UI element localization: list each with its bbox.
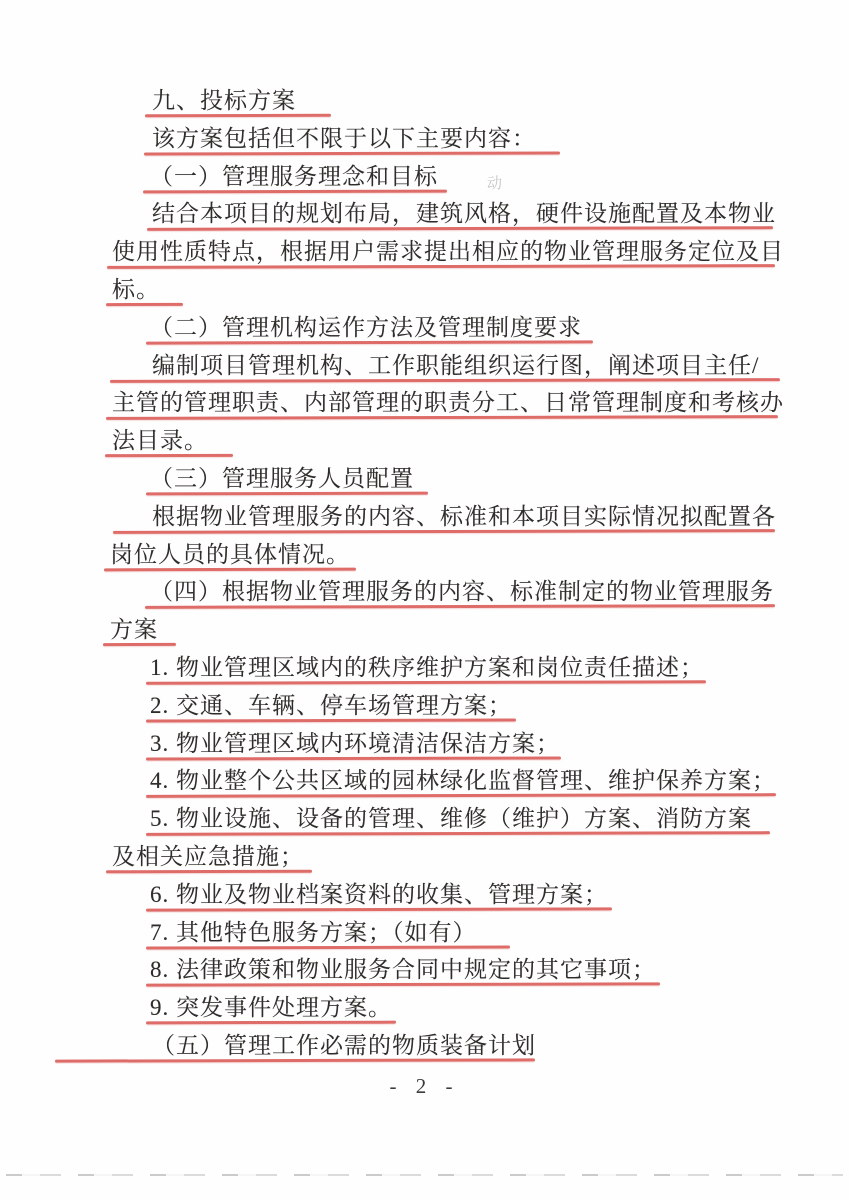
line-text: 3. 物业管理区域内环境清洁保洁方案； [150,727,560,761]
faint-stamp-mark: 动 [487,172,502,193]
document-body: 九、投标方案该方案包括但不限于以下主要内容：（一）管理服务理念和目标结合本项目的… [0,84,849,1067]
document-line: （二）管理机构运作方法及管理制度要求 [0,311,849,349]
page-number: - 2 - [0,1074,849,1099]
line-text: 岗位人员的具体情况。 [110,538,350,572]
document-line: （四）根据物业管理服务的内容、标准制定的物业管理服务 [0,575,849,613]
red-underline [143,189,447,193]
scan-edge-artifact [6,1174,843,1176]
line-text: 2. 交通、车辆、停车场管理方案； [150,689,512,723]
document-page: 九、投标方案该方案包括但不限于以下主要内容：（一）管理服务理念和目标结合本项目的… [0,0,849,1200]
red-underline [106,870,312,874]
red-underline [105,454,233,457]
document-line: 标。 [0,273,849,311]
document-line: 1. 物业管理区域内的秩序维护方案和岗位责任描述； [0,651,849,689]
document-line: 9. 突发事件处理方案。 [0,991,849,1029]
red-underline [145,114,331,117]
document-line: 主管的管理职责、内部管理的职责分工、日常管理制度和考核办 [0,386,849,424]
red-underline [104,567,356,571]
document-line: 方案 [0,613,849,651]
red-underline [106,303,183,306]
document-line: 及相关应急措施； [0,840,849,878]
document-line: 8. 法律政策和物业服务合同中规定的其它事项； [0,953,849,991]
document-line: 使用性质特点，根据用户需求提出相应的物业管理服务定位及目 [0,235,849,273]
red-underline [146,945,510,949]
line-text: （一）管理服务理念和目标 [150,160,438,194]
document-line: 九、投标方案 [0,84,849,122]
line-text: 标。 [112,273,160,307]
document-line: 该方案包括但不限于以下主要内容： [0,122,849,160]
document-line: 5. 物业设施、设备的管理、维修（维护）方案、消防方案 [0,802,849,840]
document-line: 7. 其他特色服务方案；（如有） [0,916,849,954]
document-line: 2. 交通、车辆、停车场管理方案； [0,689,849,727]
document-line: 6. 物业及物业档案资料的收集、管理方案； [0,878,849,916]
line-text: 九、投标方案 [152,84,296,118]
document-line: 根据物业管理服务的内容、标准和本项目实际情况拟配置各 [0,500,849,538]
document-line: 结合本项目的规划布局，建筑风格，硬件设施配置及本物业 [0,197,849,235]
document-line: 4. 物业整个公共区域的园林绿化监督管理、维护保养方案； [0,764,849,802]
document-line: 法目录。 [0,424,849,462]
document-line: 编制项目管理机构、工作职能组织运行图，阐述项目主任/ [0,349,849,387]
document-line: 岗位人员的具体情况。 [0,538,849,576]
red-underline [103,643,176,646]
document-line: （三）管理服务人员配置 [0,462,849,500]
line-text: 7. 其他特色服务方案；（如有） [150,916,477,950]
document-line: 3. 物业管理区域内环境清洁保洁方案； [0,727,849,765]
document-line: （五）管理工作必需的物质装备计划 [0,1029,849,1067]
red-underline [146,718,516,722]
document-line: （一）管理服务理念和目标 [0,160,849,198]
red-underline [146,756,561,760]
